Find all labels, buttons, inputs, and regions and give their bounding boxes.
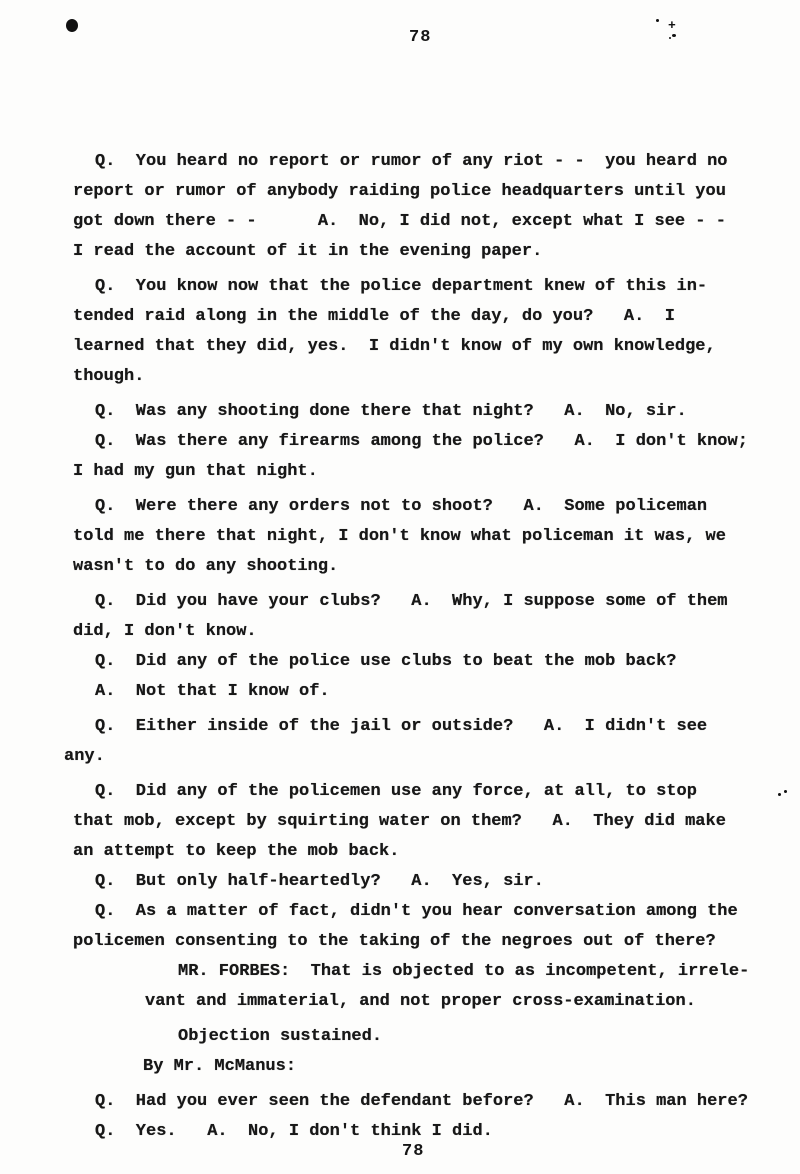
- transcript-line: By Mr. McManus:: [0, 1052, 800, 1082]
- transcript-line: did, I don't know.: [0, 617, 800, 647]
- transcript-text-block: Q. You heard no report or rumor of any r…: [0, 147, 800, 1147]
- transcript-line: Q. You know now that the police departme…: [0, 272, 800, 302]
- transcript-line: Q. Had you ever seen the defendant befor…: [0, 1087, 800, 1117]
- transcript-line: got down there - - A. No, I did not, exc…: [0, 207, 800, 237]
- scanned-transcript-page: 78 + Q. You heard no report or rumor of …: [0, 0, 800, 1174]
- transcript-line: I read the account of it in the evening …: [0, 237, 800, 267]
- transcript-line: tended raid along in the middle of the d…: [0, 302, 800, 332]
- transcript-line: an attempt to keep the mob back.: [0, 837, 800, 867]
- transcript-line: Q. Did any of the police use clubs to be…: [0, 647, 800, 677]
- transcript-line: Q. Did you have your clubs? A. Why, I su…: [0, 587, 800, 617]
- transcript-line: Q. Either inside of the jail or outside?…: [0, 712, 800, 742]
- transcript-line: any.: [0, 742, 800, 772]
- transcript-line: Q. Were there any orders not to shoot? A…: [0, 492, 800, 522]
- transcript-line: I had my gun that night.: [0, 457, 800, 487]
- cross-mark: +: [668, 18, 676, 33]
- speck: [669, 37, 671, 39]
- ink-blot: [66, 19, 78, 32]
- transcript-line: told me there that night, I don't know w…: [0, 522, 800, 552]
- speck: [656, 19, 659, 22]
- transcript-line: wasn't to do any shooting.: [0, 552, 800, 582]
- transcript-line: learned that they did, yes. I didn't kno…: [0, 332, 800, 362]
- transcript-line: vant and immaterial, and not proper cros…: [0, 987, 800, 1017]
- speck: [672, 34, 676, 37]
- transcript-line: policemen consenting to the taking of th…: [0, 927, 800, 957]
- transcript-line: though.: [0, 362, 800, 392]
- transcript-line: Q. But only half-heartedly? A. Yes, sir.: [0, 867, 800, 897]
- transcript-line: Objection sustained.: [0, 1022, 800, 1052]
- transcript-line: A. Not that I know of.: [0, 677, 800, 707]
- page-number-footer: 78: [402, 1142, 424, 1161]
- transcript-line: MR. FORBES: That is objected to as incom…: [0, 957, 800, 987]
- transcript-line: Q. As a matter of fact, didn't you hear …: [0, 897, 800, 927]
- transcript-line: Q. Did any of the policemen use any forc…: [0, 777, 800, 807]
- transcript-line: Q. Was any shooting done there that nigh…: [0, 397, 800, 427]
- transcript-line: that mob, except by squirting water on t…: [0, 807, 800, 837]
- page-number-header: 78: [409, 28, 431, 47]
- transcript-line: Q. You heard no report or rumor of any r…: [0, 147, 800, 177]
- transcript-line: Q. Yes. A. No, I don't think I did.: [0, 1117, 800, 1147]
- transcript-line: Q. Was there any firearms among the poli…: [0, 427, 800, 457]
- transcript-line: report or rumor of anybody raiding polic…: [0, 177, 800, 207]
